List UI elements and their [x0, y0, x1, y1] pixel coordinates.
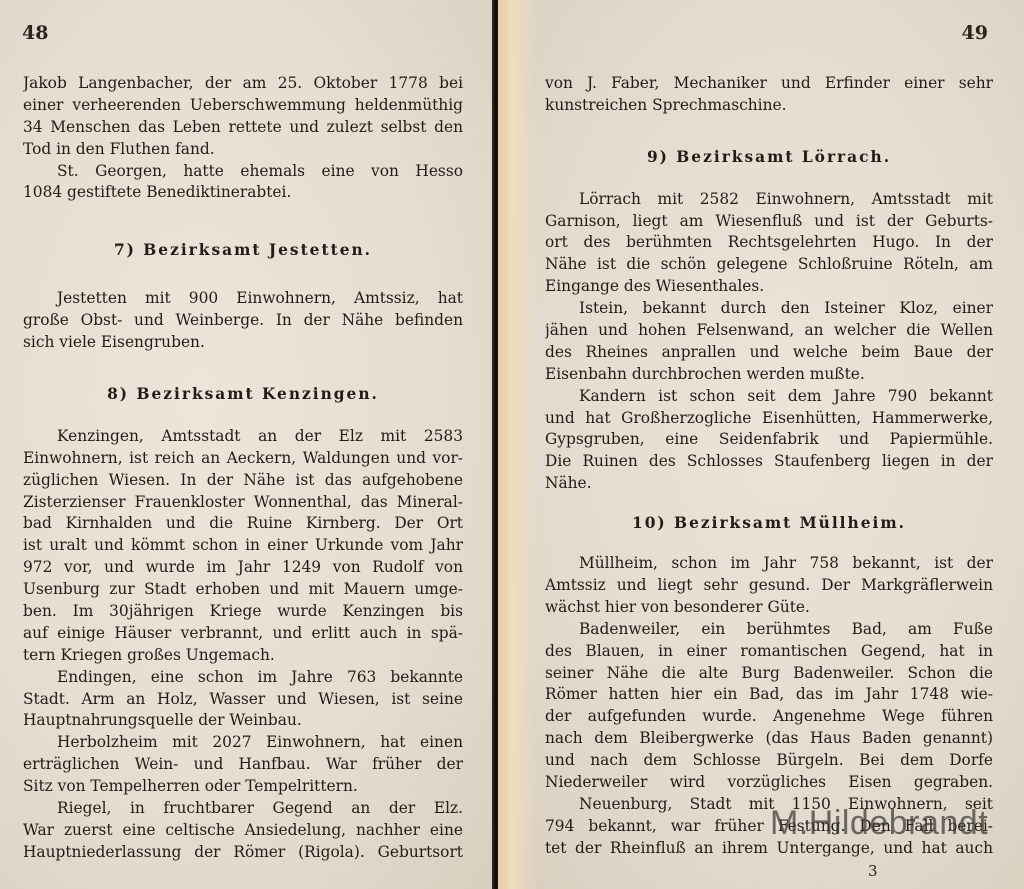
text-line: und hat Großherzogliche Eisenhütten, Ham…: [545, 408, 993, 430]
text-line: Badenweiler, ein berühmtes Bad, am Fuße: [545, 619, 993, 641]
text-line: Kenzingen, Amtsstadt an der Elz mit 2583: [23, 426, 463, 448]
text-line: Jestetten mit 900 Einwohnern, Amtssiz, h…: [23, 288, 463, 310]
spacer: [545, 535, 993, 553]
text-line: tern Kriegen großes Ungemach.: [23, 645, 463, 667]
spacer: [545, 169, 993, 189]
page-number-right: 49: [962, 22, 988, 44]
spacer: [23, 406, 463, 426]
text-line: bad Kirnhalden und die Ruine Kirnberg. D…: [23, 513, 463, 535]
text-line: Niederweiler wird vorzügliches Eisen geg…: [545, 772, 993, 794]
spacer: [23, 204, 463, 240]
text-line: War zuerst eine celtische Ansiedelung, n…: [23, 820, 463, 842]
text-line: Römer hatten hier ein Bad, das im Jahr 1…: [545, 684, 993, 706]
text-line: Amtssiz und liegt sehr gesund. Der Markg…: [545, 575, 993, 597]
text-line: Sitz von Tempelherren oder Tempelrittern…: [23, 776, 463, 798]
page-number-left: 48: [22, 22, 48, 44]
text-line: nach dem Bleibergwerke (das Haus Baden g…: [545, 728, 993, 750]
text-line: Eisenbahn durchbrochen werden mußte.: [545, 364, 993, 386]
text-line: Eingange des Wiesenthales.: [545, 276, 993, 298]
left-page: 48 Jakob Langenbacher, der am 25. Oktobe…: [0, 0, 494, 889]
signature-mark: 3: [868, 862, 878, 880]
text-line: Jakob Langenbacher, der am 25. Oktober 1…: [23, 73, 463, 95]
right-page-text: von J. Faber, Mechaniker und Erfinder ei…: [545, 73, 993, 860]
text-line: jähen und hohen Felsenwand, an welcher d…: [545, 320, 993, 342]
text-line: Nähe ist die schön gelegene Schloßruine …: [545, 254, 993, 276]
text-line: ist uralt und kömmt schon in einer Urkun…: [23, 535, 463, 557]
text-line: Garnison, liegt am Wiesenfluß und ist de…: [545, 211, 993, 233]
text-line: Müllheim, schon im Jahr 758 bekannt, ist…: [545, 553, 993, 575]
text-line: von J. Faber, Mechaniker und Erfinder ei…: [545, 73, 993, 95]
text-line: Riegel, in fruchtbarer Gegend an der Elz…: [23, 798, 463, 820]
text-line: einer verheerenden Ueberschwemmung helde…: [23, 95, 463, 117]
watermark: M.Hildebrandt: [770, 804, 988, 843]
text-line: 34 Menschen das Leben rettete und zulezt…: [23, 117, 463, 139]
section-heading-8: 8) Bezirksamt Kenzingen.: [23, 384, 463, 406]
text-line: Nähe.: [545, 473, 993, 495]
spacer: [545, 495, 993, 513]
text-line: Hauptnahrungsquelle der Weinbau.: [23, 710, 463, 732]
spacer: [23, 262, 463, 288]
text-line: Kandern ist schon seit dem Jahre 790 bek…: [545, 386, 993, 408]
text-line: ort des berühmten Rechtsgelehrten Hugo. …: [545, 232, 993, 254]
text-line: der aufgefunden wurde. Angenehme Wege fü…: [545, 706, 993, 728]
text-line: Stadt. Arm an Holz, Wasser und Wiesen, i…: [23, 689, 463, 711]
text-line: St. Georgen, hatte ehemals eine von Hess…: [23, 161, 463, 183]
text-line: große Obst- und Weinberge. In der Nähe b…: [23, 310, 463, 332]
text-line: des Blauen, in einer romantischen Gegend…: [545, 641, 993, 663]
text-line: wächst hier von besonderer Güte.: [545, 597, 993, 619]
text-line: Hauptniederlassung der Römer (Rigola). G…: [23, 842, 463, 864]
text-line: Istein, bekannt durch den Isteiner Kloz,…: [545, 298, 993, 320]
section-heading-9: 9) Bezirksamt Lörrach.: [545, 147, 993, 169]
text-line: des Rheines anprallen und welche beim Ba…: [545, 342, 993, 364]
text-line: Endingen, eine schon im Jahre 763 bekann…: [23, 667, 463, 689]
text-line: sich viele Eisengruben.: [23, 332, 463, 354]
text-line: Zisterzienser Frauenkloster Wonnenthal, …: [23, 492, 463, 514]
text-line: Lörrach mit 2582 Einwohnern, Amtsstadt m…: [545, 189, 993, 211]
text-line: ben. Im 30jährigen Kriege wurde Kenzinge…: [23, 601, 463, 623]
text-line: Die Ruinen des Schlosses Staufenberg lie…: [545, 451, 993, 473]
text-line: kunstreichen Sprechmaschine.: [545, 95, 993, 117]
section-heading-10: 10) Bezirksamt Müllheim.: [545, 513, 993, 535]
text-line: Tod in den Fluthen fand.: [23, 139, 463, 161]
text-line: 1084 gestiftete Benediktinerabtei.: [23, 182, 463, 204]
text-line: Usenburg zur Stadt erhoben und mit Mauer…: [23, 579, 463, 601]
text-line: 972 vor, und wurde im Jahr 1249 von Rudo…: [23, 557, 463, 579]
text-line: Einwohnern, ist reich an Aeckern, Waldun…: [23, 448, 463, 470]
section-heading-7: 7) Bezirksamt Jestetten.: [23, 240, 463, 262]
text-line: Gypsgruben, eine Seidenfabrik und Papier…: [545, 429, 993, 451]
text-line: auf einige Häuser verbrannt, und erlitt …: [23, 623, 463, 645]
text-line: und nach dem Schlosse Bürgeln. Bei dem D…: [545, 750, 993, 772]
left-page-text: Jakob Langenbacher, der am 25. Oktober 1…: [23, 73, 463, 864]
spacer: [23, 354, 463, 384]
text-line: züglichen Wiesen. In der Nähe ist das au…: [23, 470, 463, 492]
text-line: erträglichen Wein- und Hanfbau. War früh…: [23, 754, 463, 776]
text-line: seiner Nähe die alte Burg Badenweiler. S…: [545, 663, 993, 685]
text-line: Herbolzheim mit 2027 Einwohnern, hat ein…: [23, 732, 463, 754]
spacer: [545, 117, 993, 147]
